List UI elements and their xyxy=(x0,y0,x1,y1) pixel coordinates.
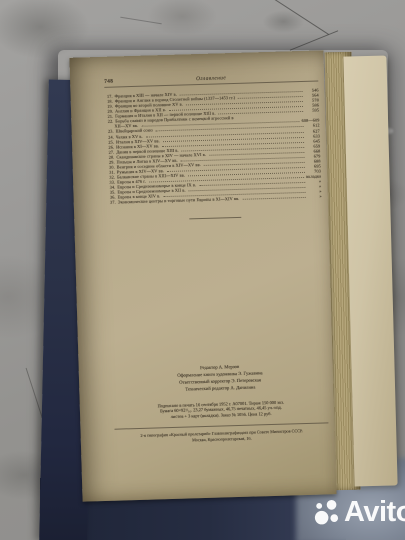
header-spacer xyxy=(292,76,318,77)
toc-entry-number: 37. xyxy=(108,200,116,205)
concrete-crack xyxy=(290,30,339,50)
toc-entry-page: 595 xyxy=(305,108,319,113)
avito-logo-icon xyxy=(314,499,341,526)
avito-watermark: Avito xyxy=(314,496,405,529)
book-page: 748 Оглавление 17. Франция в XIII — нача… xyxy=(69,50,336,501)
concrete-crack xyxy=(273,0,329,35)
imprint-block: Подписано в печать 16 сентября 1952 г. А… xyxy=(114,398,328,421)
toc-list: 17. Франция в XIII — начале XIV в. 546 1… xyxy=(105,87,322,205)
section-separator-rule xyxy=(189,217,241,220)
printer-block: 2-я типография «Красный пролетарий» Глав… xyxy=(115,428,329,445)
page-content: 748 Оглавление 17. Франция в XIII — нача… xyxy=(69,50,334,445)
toc-entry-page: » xyxy=(308,194,322,199)
avito-watermark-label: Avito xyxy=(344,496,405,529)
concrete-crack xyxy=(120,17,162,25)
listing-photo: 748 Оглавление 17. Франция в XIII — нача… xyxy=(0,0,405,540)
toc-entry-number: 22. xyxy=(105,119,113,124)
toc-dot-leader xyxy=(242,197,305,200)
page-number: 748 xyxy=(104,78,130,85)
colophon-block: Редактор А. Мерзон Оформление книги худо… xyxy=(113,362,328,396)
